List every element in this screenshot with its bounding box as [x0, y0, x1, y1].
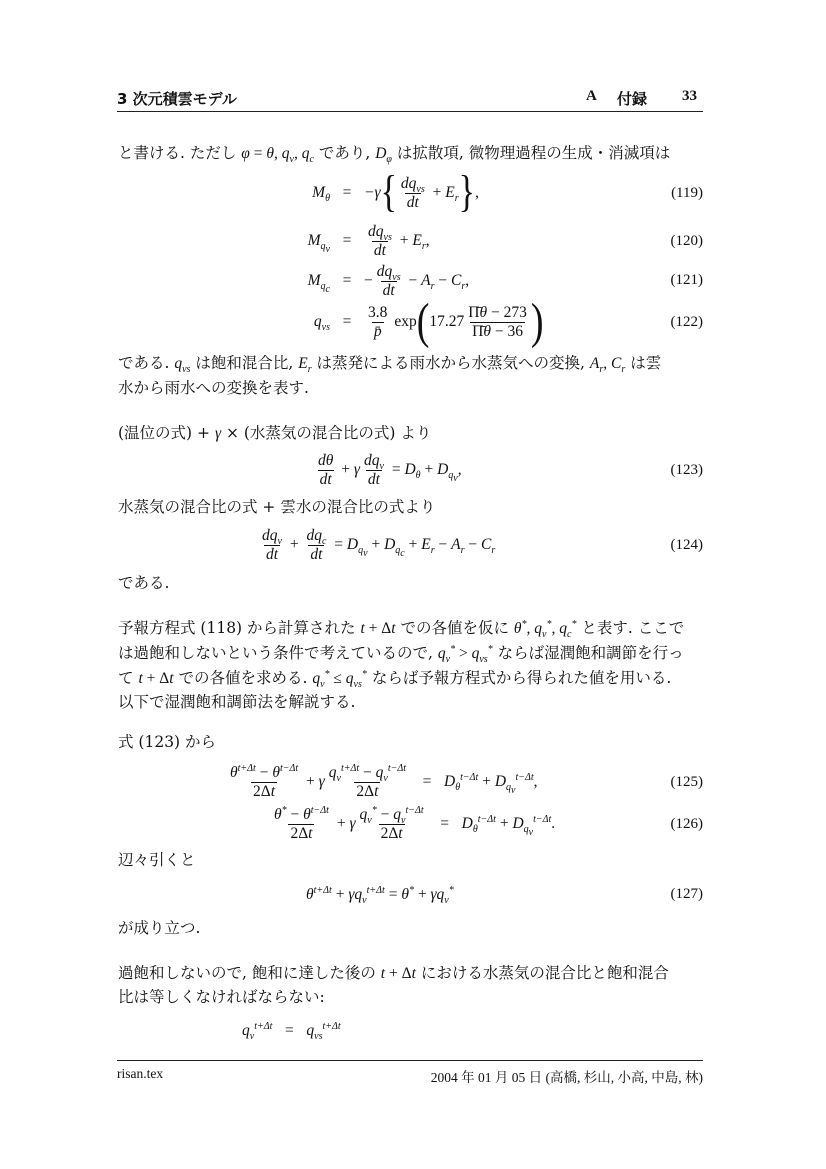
- text: ならば湿潤飽和調節を行っ: [493, 644, 684, 662]
- text: × (水蒸気の混合比の式) より: [221, 424, 431, 442]
- text: における水蒸気の混合比と飽和混合: [416, 964, 669, 982]
- text: て: [118, 669, 138, 687]
- equation-number: (123): [671, 462, 704, 479]
- text: 予報方程式 (118) から計算された: [118, 619, 360, 637]
- text: (温位の式) +: [118, 424, 215, 442]
- header-rule: [117, 111, 703, 112]
- equation-saturation: qvt+Δt=qvst+Δt: [242, 1018, 341, 1044]
- text: であり,: [314, 144, 375, 162]
- paragraph-9: が成り立つ.: [118, 918, 200, 938]
- text: 過飽和しないので, 飽和に達した後の: [118, 964, 381, 982]
- paragraph-5: である.: [118, 573, 169, 593]
- footer-rule: [117, 1060, 703, 1061]
- math-inline: φ = θ, qv, qc: [241, 145, 314, 162]
- text: と表す. ここで: [576, 619, 684, 637]
- text: での各値を仮に: [396, 619, 514, 637]
- equation-121: Mqc= −dqvsdt − Ar − Cr,: [280, 260, 469, 302]
- footer-date-authors: 2004 年 01 月 05 日 (高橋, 杉山, 小高, 中島, 林): [431, 1066, 703, 1086]
- paragraph-6-line-1: 予報方程式 (118) から計算された t + Δt での各値を仮に θ*, q…: [118, 618, 684, 639]
- paragraph-1: と書ける. ただし φ = θ, qv, qc であり, Dφ は拡散項, 微物…: [118, 143, 670, 164]
- paragraph-3: (温位の式) + γ × (水蒸気の混合比の式) より: [118, 423, 431, 444]
- page-number: 33: [682, 88, 697, 105]
- equation-number: (120): [671, 233, 704, 250]
- text: は雲: [625, 354, 661, 372]
- function-name: exp: [394, 313, 416, 331]
- paragraph-8: 辺々引くと: [118, 850, 196, 870]
- text: は拡散項, 微物理過程の生成・消滅項は: [392, 144, 670, 162]
- text: は飽和混合比,: [190, 354, 298, 372]
- text: は蒸発による雨水から水蒸気への変換,: [312, 354, 590, 372]
- equation-number: (126): [671, 816, 704, 833]
- paragraph-10-line-1: 過飽和しないので, 飽和に達した後の t + Δt における水蒸気の混合比と飽和…: [118, 963, 669, 984]
- running-header-appendix-letter: A: [586, 88, 597, 105]
- paragraph-6-line-3: て t + Δt での各値を求める. qv* ≤ qvs* ならば予報方程式から…: [118, 668, 671, 689]
- equation-120: Mqv= dqvsdt + Er,: [280, 220, 430, 262]
- math-inline: Dφ: [375, 145, 392, 162]
- paragraph-6-line-4: 以下で湿潤飽和調節法を解説する.: [118, 692, 355, 712]
- paragraph-6-line-2: は過飽和しないという条件で考えているので, qv* > qvs* ならば湿潤飽和…: [118, 643, 684, 664]
- equation-number: (125): [671, 774, 704, 791]
- equation-123: dθdt + γ dqvdt = Dθ + Dqv,: [314, 449, 462, 491]
- running-header-section: 3 次元積雲モデル: [117, 88, 237, 109]
- footer-filename: risan.tex: [117, 1066, 163, 1082]
- paragraph-2-line-1: である. qvs は飽和混合比, Er は蒸発による雨水から水蒸気への変換, A…: [118, 353, 661, 374]
- text: での各値を求める.: [174, 669, 313, 687]
- equation-number: (124): [671, 537, 704, 554]
- text: である.: [118, 354, 174, 372]
- paragraph-10-line-2: 比は等しくなければならない:: [118, 987, 325, 1007]
- paragraph-7: 式 (123) から: [118, 732, 216, 752]
- equation-119: Mθ= −γ{ dqvsdt + Er},: [280, 172, 479, 214]
- equation-number: (122): [671, 314, 704, 331]
- running-header-appendix-label: 付録: [617, 88, 647, 109]
- constant: 3.8: [366, 304, 389, 322]
- equation-122: qvs= 3.8p̄ exp ( 17.27 Π̄θ − 273Π̄θ − 36…: [280, 300, 544, 344]
- constant: 17.27: [429, 313, 464, 331]
- equation-124: dqvdt + dqcdt = Dqv + Dqc + Er − Ar − Cr: [258, 523, 495, 567]
- paragraph-2-line-2: 水から雨水への変換を表す.: [118, 378, 309, 398]
- text: は過飽和しないという条件で考えているので,: [118, 644, 438, 662]
- equation-number: (119): [671, 185, 703, 202]
- text: ならば予報方程式から得られた値を用いる.: [367, 669, 671, 687]
- text: と書ける. ただし: [118, 144, 241, 162]
- paragraph-4: 水蒸気の混合比の式 + 雲水の混合比の式より: [118, 497, 435, 517]
- constant: 36: [508, 323, 524, 340]
- equation-126: θ* − θt−Δt2Δt + γ qv* − qvt−Δt2Δt = Dθt−…: [270, 802, 555, 846]
- equation-number: (121): [671, 272, 704, 289]
- constant: 273: [504, 304, 527, 321]
- equation-127: θt+Δt + γqvt+Δt = θ* + γqv*: [306, 882, 454, 908]
- equation-number: (127): [671, 886, 704, 903]
- equation-125: θt+Δt − θt−Δt2Δt + γ qvt+Δt − qvt−Δt2Δt …: [226, 760, 538, 804]
